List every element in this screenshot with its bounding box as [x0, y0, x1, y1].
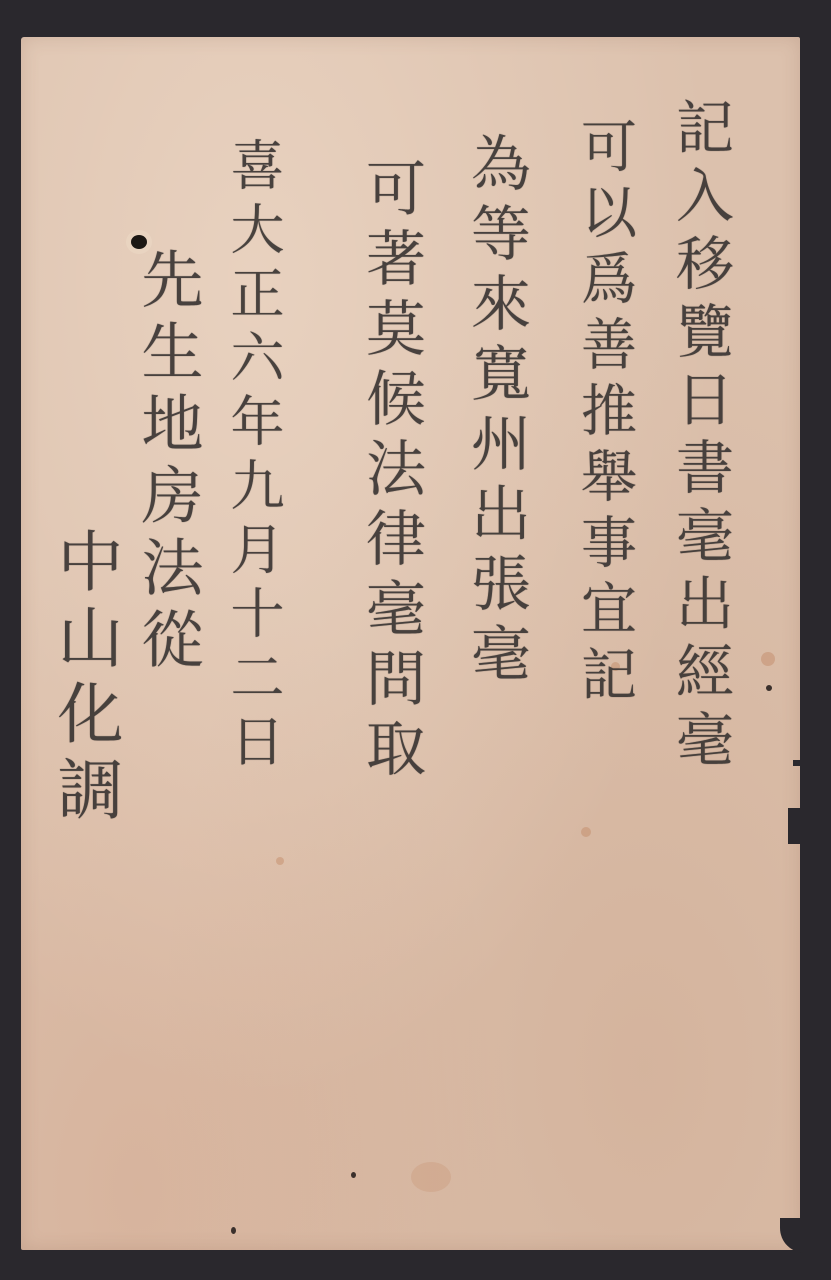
- stain: [276, 857, 284, 865]
- torn-edge: [793, 760, 805, 766]
- stain: [411, 1162, 451, 1192]
- text-column-2: 可以爲善推舉事宜記: [576, 117, 632, 711]
- date-column: 喜大正六年九月十二日: [226, 137, 280, 777]
- ink-dot: [766, 685, 772, 691]
- ink-dot: [231, 1227, 236, 1234]
- text-column-1: 記入移覽日書毫出經毫: [671, 97, 729, 777]
- text-column-3: 為等來寬州出張毫: [466, 132, 526, 692]
- ink-dot: [351, 1172, 356, 1178]
- torn-edge: [788, 808, 804, 844]
- text-column-6: 先生地房法從: [136, 247, 198, 679]
- stain: [581, 827, 591, 837]
- signature-column: 中山化調: [51, 527, 117, 831]
- text-column-4: 可著莫候法律毫問取: [361, 157, 421, 787]
- paper-sheet: 記入移覽日書毫出經毫 可以爲善推舉事宜記 為等來寬州出張毫 可著莫候法律毫問取 …: [21, 37, 800, 1250]
- stain: [761, 652, 775, 666]
